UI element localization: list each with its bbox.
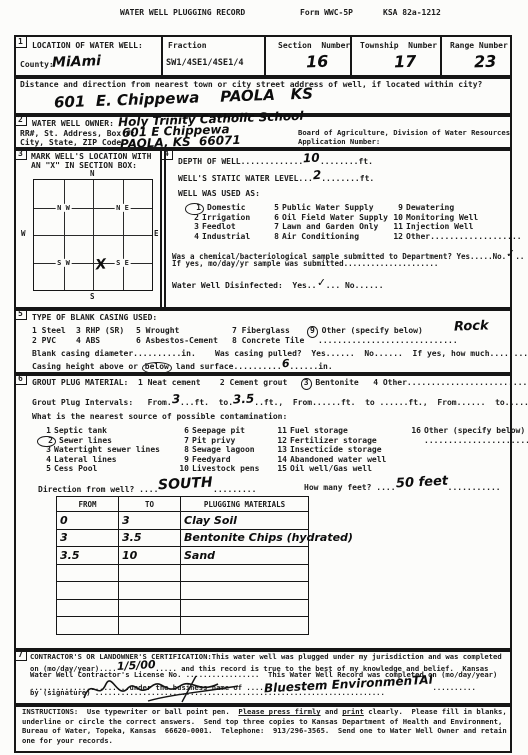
casing-height-line: Casing height above or below land surfac… (32, 360, 333, 373)
section2-owner-box: 2 WATER WELL OWNER: Holy Trinity Catholi… (14, 113, 512, 151)
interval-to-value: 3.5 (233, 392, 255, 407)
option-steel: 1 Steel (32, 326, 66, 336)
contamination-column1: 1Septic tank 2Sewer lines 3Watertight se… (38, 426, 160, 474)
section7-number: 7 (16, 650, 27, 661)
table-row: 33.5Bentonite Chips (hydrated) (57, 529, 309, 547)
disinfected-yes-checkmark: ✓ (316, 277, 326, 290)
option-cess-pool: 5Cess Pool (38, 464, 160, 474)
contamination-label: What is the nearest source of possible c… (32, 412, 287, 421)
section1-location-box: 1 LOCATION OF WATER WELL: County: MiAmi … (14, 35, 512, 79)
county-label: County: (20, 60, 54, 69)
water-well-plugging-record-form: WATER WELL PLUGGING RECORD Form WWC-5P K… (0, 0, 528, 755)
other-casing-dots: ............................. (318, 336, 458, 346)
disinfected-line: Water Well Disinfected: Yes..✓... No....… (172, 279, 384, 292)
county-value: MiAmi (52, 53, 101, 71)
divider (440, 37, 442, 77)
option-rhp: 3 RHP (SR) (76, 326, 124, 336)
grid-line (34, 235, 152, 236)
option-dewatering: 9Dewatering (390, 203, 522, 213)
other-casing-value: Rock (454, 318, 489, 334)
depth-of-well-line: DEPTH OF WELL.............10........ft. (178, 154, 373, 168)
static-level-suffix: ........ft. (321, 174, 374, 183)
option-fiberglass: 7 Fiberglass (232, 326, 290, 336)
section5-casing-box: 5 TYPE OF BLANK CASING USED: 1 Steel 2 P… (14, 307, 512, 376)
chem-no-checkmark: ✓ (506, 248, 516, 261)
compass-west-label: W (21, 229, 26, 238)
option-oil-gas-well: 15Oil well/Gas well (274, 464, 386, 474)
option-abandoned-water-well: 14Abandoned water well (274, 455, 386, 465)
option-lateral-lines: 4Lateral lines (38, 455, 160, 465)
option-sewer-lines: 2Sewer lines (38, 436, 160, 446)
form-title: WATER WELL PLUGGING RECORD (120, 8, 245, 17)
compass-north-label: N (90, 169, 95, 178)
option-watertight-sewer-lines: 3Watertight sewer lines (38, 445, 160, 455)
address-label: RR#, St. Address, Box #: (20, 129, 136, 138)
section1-number: 1 (16, 37, 27, 48)
section1-label: LOCATION OF WATER WELL: (32, 41, 143, 50)
option-other-casing: 9 Other (specify below) (308, 326, 423, 336)
range-number-label: Range Number (450, 41, 508, 50)
section5-number: 5 (16, 309, 27, 320)
option-seepage-pit: 6Seepage pit (176, 426, 259, 436)
option-fuel-storage: 11Fuel storage (274, 426, 386, 436)
section3-number: 3 (16, 149, 27, 160)
print-underlined: print (342, 707, 364, 716)
option-pit-privy: 7Pit privy (176, 436, 259, 446)
grout-intervals-line: Grout Plug Intervals: From.3...ft. to.3.… (32, 395, 528, 409)
option-asbestos-cement: 6 Asbestos-Cement (136, 336, 218, 346)
section4-number: 4 (162, 149, 173, 160)
option-fertilizer-storage: 12Fertilizer storage (274, 436, 386, 446)
section7-certification-box: 7 CONTRACTOR'S OR LANDOWNER'S CERTIFICAT… (14, 648, 512, 707)
range-number-value: 23 (474, 52, 497, 72)
instructions-line3: Bureau of Water, Topeka, Kansas 66620-00… (22, 727, 507, 735)
form-ksa-number: KSA 82a-1212 (383, 8, 441, 17)
static-water-level-line: WELL'S STATIC WATER LEVEL...2........ft. (178, 171, 374, 185)
instructions-line1: INSTRUCTIONS: Use typewriter or ball poi… (22, 708, 507, 716)
instructions-line4: one for your records. (22, 737, 113, 745)
quadrant-nw-label: N W (55, 203, 72, 211)
section-number-label: Section Number (278, 41, 350, 50)
table-header-row: FROM TO PLUGGING MATERIALS (57, 497, 309, 512)
table-row (57, 582, 309, 600)
table-row (57, 599, 309, 617)
option-abs: 4 ABS (76, 336, 100, 346)
table-row (57, 564, 309, 582)
other-contamination-dots: ...................... (408, 436, 528, 446)
casing-diameter-line: Blank casing diameter..........in. Was c… (32, 349, 528, 358)
static-level-value: 2 (313, 169, 322, 183)
section3-label-line2: AN "X" IN SECTION BOX: (31, 161, 137, 170)
col-from: FROM (57, 497, 119, 512)
feet-value: 50 feet (395, 475, 448, 493)
used-as-label: WELL WAS USED AS: (178, 189, 260, 198)
section3-location-mark-box: 3 MARK WELL'S LOCATION WITH AN "X" IN SE… (14, 147, 166, 311)
compass-south-label: S (90, 292, 95, 301)
used-as-column1: 1Domestic 2Irrigation 3Feedlot 4Industri… (186, 203, 250, 241)
well-location-x-mark: X (95, 256, 107, 273)
plugging-materials-table: FROM TO PLUGGING MATERIALS 03Clay Soil 3… (56, 496, 309, 635)
option-wrought: 5 Wrought (136, 326, 179, 336)
form-number: Form WWC-5P (300, 8, 353, 17)
interval-from-value: 3 (171, 393, 180, 407)
col-to: TO (119, 497, 181, 512)
direction-value: SOUTH (158, 475, 213, 494)
signature-scrawl (78, 672, 248, 704)
fraction-value: SW1/4SE1/4SE1/4 (166, 59, 244, 69)
section6-grout-box: 6 GROUT PLUG MATERIAL: 1 Neat cement 2 C… (14, 372, 512, 652)
table-row: 3.510Sand (57, 547, 309, 565)
quadrant-se-label: S E (114, 258, 131, 266)
circled-number: 9 (307, 326, 318, 338)
owner-label: WATER WELL OWNER: (32, 119, 114, 128)
quadrant-ne-label: N E (114, 203, 131, 211)
option-feedlot: 3Feedlot (186, 222, 250, 232)
application-number-label: Application Number: (298, 138, 380, 146)
casing-label: TYPE OF BLANK CASING USED: (32, 313, 157, 322)
chem-sample-date-line: If yes, mo/day/yr sample was submitted..… (172, 260, 438, 269)
divider (161, 37, 163, 77)
option-septic-tank: 1Septic tank (38, 426, 160, 436)
static-level-label: WELL'S STATIC WATER LEVEL... (178, 174, 313, 183)
option-pvc: 2 PVC (32, 336, 56, 346)
col-materials: PLUGGING MATERIALS (181, 497, 309, 512)
direction-from-well-line: Direction from well? ....SOUTH......... (38, 480, 256, 496)
depth-label: DEPTH OF WELL............. (178, 157, 303, 166)
option-oil-field-water-supply: 6Oil Field Water Supply (266, 213, 388, 223)
option-public-water-supply: 5Public Water Supply (266, 203, 388, 213)
option-air-conditioning: 8Air Conditioning (266, 232, 388, 242)
depth-suffix: ........ft. (320, 157, 373, 166)
option-concrete-tile: 8 Concrete Tile (232, 336, 304, 346)
section2-number: 2 (16, 115, 27, 126)
used-as-column3: 9Dewatering 10Monitoring Well 11Injectio… (390, 203, 522, 241)
section3-label-line1: MARK WELL'S LOCATION WITH (31, 152, 151, 161)
fraction-label: Fraction (168, 41, 207, 50)
option-sewage-lagoon: 8Sewage lagoon (176, 445, 259, 455)
section6-number: 6 (16, 374, 27, 385)
contamination-column4: 16Other (specify below) ................… (408, 426, 528, 445)
table-row (57, 617, 309, 635)
option-livestock-pens: 10Livestock pens (176, 464, 259, 474)
section-number-value: 16 (306, 52, 329, 72)
grout-material-line: GROUT PLUG MATERIAL: 1 Neat cement 2 Cem… (32, 378, 528, 388)
quadrant-sw-label: S W (55, 258, 72, 266)
option-industrial: 4Industrial (186, 232, 250, 242)
contamination-column3: 11Fuel storage 12Fertilizer storage 13In… (274, 426, 386, 474)
option-injection-well: 11Injection Well (390, 222, 522, 232)
casing-height-value: 6 (281, 358, 289, 371)
used-as-column2: 5Public Water Supply 6Oil Field Water Su… (266, 203, 388, 241)
depth-value: 10 (303, 152, 320, 167)
option-domestic: 1Domestic (186, 203, 250, 213)
option-irrigation: 2Irrigation (186, 213, 250, 223)
option-lawn-and-garden: 7Lawn and Garden Only (266, 222, 388, 232)
option-other-use: 12Other................... (390, 232, 522, 242)
divider (264, 37, 266, 77)
instructions-line2: underline or circle the correct answers.… (22, 718, 502, 726)
section-grid: N W N E S W S E X (33, 179, 153, 291)
city-label: City, State, ZIP Code : (20, 138, 136, 147)
grid-line (34, 263, 152, 264)
section4-well-data-box: 4 DEPTH OF WELL.............10........ft… (160, 147, 512, 311)
contamination-column2: 6Seepage pit 7Pit privy 8Sewage lagoon 9… (176, 426, 259, 474)
table-row: 03Clay Soil (57, 512, 309, 530)
certification-line1: CONTRACTOR'S OR LANDOWNER'S CERTIFICATIO… (30, 653, 502, 661)
compass-east-label: E (154, 229, 159, 238)
option-insecticide-storage: 13Insecticide storage (274, 445, 386, 455)
divider (350, 37, 352, 77)
township-number-label: Township Number (360, 41, 437, 50)
instructions-box: INSTRUCTIONS: Use typewriter or ball poi… (14, 703, 512, 753)
grid-line (34, 208, 152, 209)
option-other-contamination: 16Other (specify below) (408, 426, 528, 436)
how-many-feet-line: How many feet? ....50 feet........... (304, 480, 501, 495)
press-firmly-underlined: Please press firmly (238, 707, 320, 716)
option-monitoring-well: 10Monitoring Well (390, 213, 522, 223)
township-number-value: 17 (394, 52, 417, 72)
option-feedyard: 9Feedyard (176, 455, 259, 465)
